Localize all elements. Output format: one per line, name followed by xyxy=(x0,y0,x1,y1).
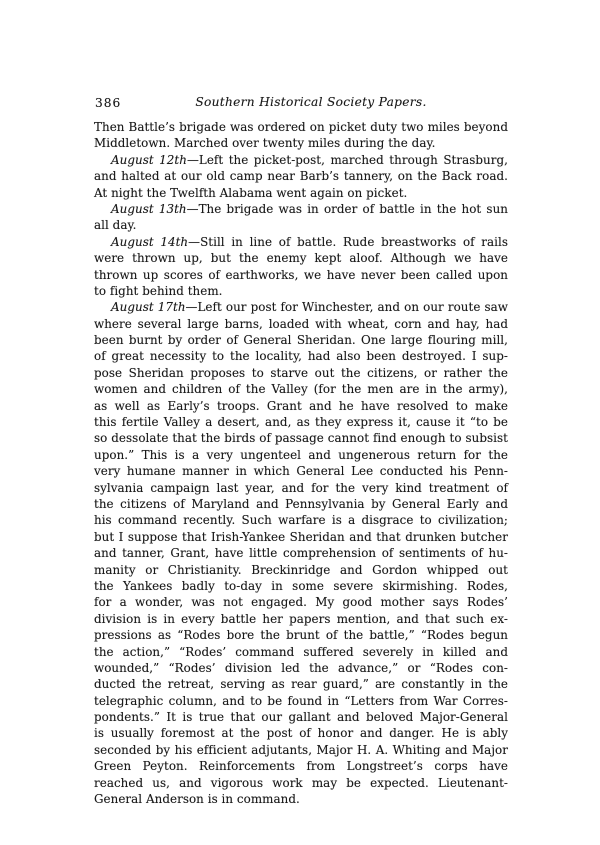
date-emphasis: August 14th xyxy=(111,235,188,249)
page-header: 386 Southern Historical Society Papers. xyxy=(94,94,508,111)
page-number: 386 xyxy=(95,95,121,111)
text-line: his command recently. Such warfare is a … xyxy=(94,512,508,528)
text-line: reached us, and vigorous work may be exp… xyxy=(94,775,508,791)
text-line: pressions as “Rodes bore the brunt of th… xyxy=(94,627,508,643)
text-line: sylvania campaign last year, and for the… xyxy=(94,480,508,496)
text-line: August 12th—Left the picket-post, marche… xyxy=(94,152,508,168)
date-emphasis: August 17th xyxy=(111,300,186,314)
document-page: 386 Southern Historical Society Papers. … xyxy=(0,0,600,845)
text-line: and halted at our old camp near Barb’s t… xyxy=(94,168,508,184)
text-line: been burnt by order of General Sheridan.… xyxy=(94,332,508,348)
text-line: and tanner, Grant, have little comprehen… xyxy=(94,545,508,561)
text-line: August 17th—Left our post for Winchester… xyxy=(94,299,508,315)
date-emphasis: August 13th xyxy=(111,202,187,216)
text-line: ducted the retreat, serving as rear guar… xyxy=(94,676,508,692)
text-line: manity or Christianity. Breckinridge and… xyxy=(94,562,508,578)
text-line: is usually foremost at the post of honor… xyxy=(94,725,508,741)
text-line: division is in every battle her papers m… xyxy=(94,611,508,627)
text-line: thrown up scores of earthworks, we have … xyxy=(94,267,508,283)
text-line: August 14th—Still in line of battle. Rud… xyxy=(94,234,508,250)
text-line: very humane manner in which General Lee … xyxy=(94,463,508,479)
body-text: Then Battle’s brigade was ordered on pic… xyxy=(94,119,508,807)
text-line: were thrown up, but the enemy kept aloof… xyxy=(94,250,508,266)
date-emphasis: August 12th xyxy=(111,153,187,167)
text-line: but I suppose that Irish-Yankee Sheridan… xyxy=(94,529,508,545)
text-line: for a wonder, was not engaged. My good m… xyxy=(94,594,508,610)
text-line: seconded by his efficient adjutants, Maj… xyxy=(94,742,508,758)
text-line: this fertile Valley a desert, and, as th… xyxy=(94,414,508,430)
text-line: where several large barns, loaded with w… xyxy=(94,316,508,332)
text-line: upon.” This is a very ungenteel and unge… xyxy=(94,447,508,463)
text-line: At night the Twelfth Alabama went again … xyxy=(94,185,508,201)
text-line: pose Sheridan proposes to starve out the… xyxy=(94,365,508,381)
text-line: as well as Early’s troops. Grant and he … xyxy=(94,398,508,414)
running-title: Southern Historical Society Papers. xyxy=(94,94,508,110)
text-line: the citizens of Maryland and Pennsylvani… xyxy=(94,496,508,512)
text-line: women and children of the Valley (for th… xyxy=(94,381,508,397)
text-line: August 13th—The brigade was in order of … xyxy=(94,201,508,217)
text-line: Then Battle’s brigade was ordered on pic… xyxy=(94,119,508,135)
text-line: so dessolate that the birds of passage c… xyxy=(94,430,508,446)
text-line: the Yankees badly to-day in some severe … xyxy=(94,578,508,594)
text-line: General Anderson is in command. xyxy=(94,791,508,807)
text-line: the action,” “Rodes’ command suffered se… xyxy=(94,644,508,660)
text-line: Middletown. Marched over twenty miles du… xyxy=(94,135,508,151)
text-line: telegraphic column, and to be found in “… xyxy=(94,693,508,709)
text-line: Green Peyton. Reinforcements from Longst… xyxy=(94,758,508,774)
text-line: to fight behind them. xyxy=(94,283,508,299)
text-line: wounded,” “Rodes’ division led the advan… xyxy=(94,660,508,676)
text-line: of great necessity to the locality, had … xyxy=(94,348,508,364)
text-line: all day. xyxy=(94,217,508,233)
text-line: pondents.” It is true that our gallant a… xyxy=(94,709,508,725)
